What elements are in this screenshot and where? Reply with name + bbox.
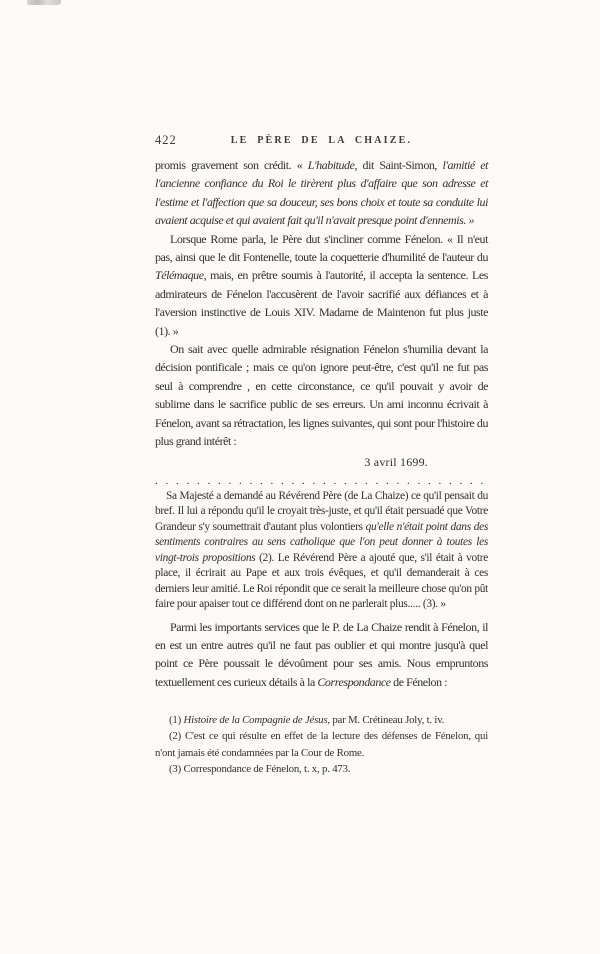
page-number: 422: [155, 133, 177, 148]
running-title: LE PÈRE DE LA CHAIZE.: [155, 133, 488, 146]
text-segment: , dit Saint-Simon,: [355, 158, 443, 172]
text-segment: (2) C'est ce qui résulte en effet de la …: [155, 730, 488, 758]
paragraph-rome-parla: Lorsque Rome parla, le Père dut s'inclin…: [155, 230, 488, 340]
text-segment-italic: Télémaque: [155, 268, 204, 282]
letter-date-line: 3 avril 1699.: [155, 455, 488, 470]
text-segment-italic: Histoire de la Compagnie de Jésus: [184, 714, 328, 726]
text-block: 422 LE PÈRE DE LA CHAIZE. promis graveme…: [155, 133, 488, 777]
text-segment: , par M. Crétineau Joly, t. iv.: [327, 714, 444, 726]
text-segment: promis gravement son crédit. «: [155, 158, 308, 172]
text-segment: (3) Correspondance de Fénelon, t. x, p. …: [169, 763, 350, 775]
footnote-3: (3) Correspondance de Fénelon, t. x, p. …: [155, 761, 488, 777]
scanned-book-page: 422 LE PÈRE DE LA CHAIZE. promis graveme…: [0, 0, 600, 954]
scan-smudge-artifact: [27, 0, 61, 5]
text-segment: de Fénelon :: [391, 675, 447, 689]
footnote-1: (1) Histoire de la Compagnie de Jésus, p…: [155, 712, 488, 728]
running-head: 422 LE PÈRE DE LA CHAIZE.: [155, 133, 488, 148]
text-segment: Lorsque Rome parla, le Père dut s'inclin…: [155, 232, 488, 264]
text-segment-italic: Correspondance: [317, 675, 390, 689]
quoted-letter-paragraph: Sa Majesté a demandé au Révérend Père (d…: [155, 489, 488, 613]
paragraph-saint-simon-quote: promis gravement son crédit. « L'habitud…: [155, 156, 488, 230]
paragraph-services: Parmi les importants services que le P. …: [155, 618, 488, 692]
text-segment: On sait avec quelle admirable résignatio…: [155, 342, 488, 448]
footnote-2: (2) C'est ce qui résulte en effet de la …: [155, 728, 488, 760]
text-segment: (1): [169, 714, 184, 726]
paragraph-resignation: On sait avec quelle admirable résignatio…: [155, 340, 488, 450]
ellipsis-dotted-line: . . . . . . . . . . . . . . . . . . . . …: [155, 475, 488, 487]
text-segment-italic: L'habitude: [308, 158, 355, 172]
text-segment: , mais, en prêtre soumis à l'autorité, i…: [155, 268, 488, 337]
footnotes-section: (1) Histoire de la Compagnie de Jésus, p…: [155, 712, 488, 777]
